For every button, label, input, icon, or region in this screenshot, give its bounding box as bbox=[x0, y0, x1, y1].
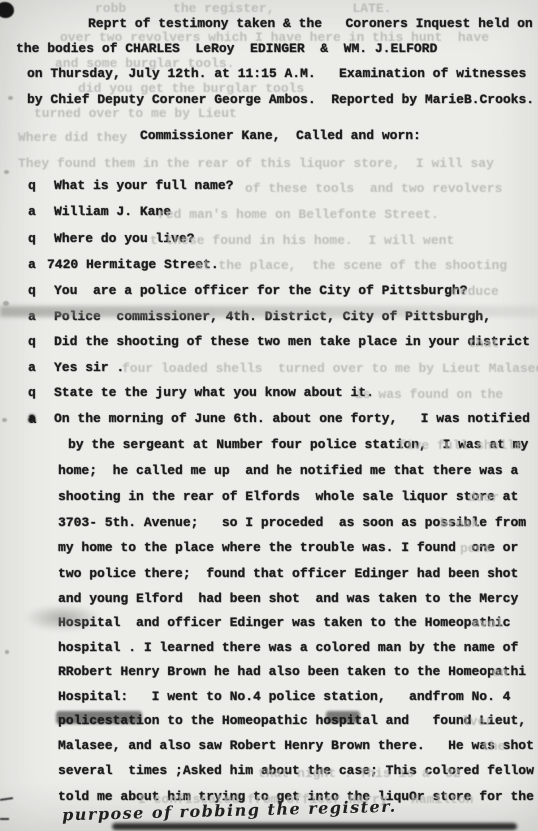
qa-marker: a bbox=[28, 360, 36, 376]
bleed-line: t these found in his home. I will went bbox=[150, 233, 454, 248]
bleed-line: four loaded shells turned over to me by … bbox=[122, 361, 538, 376]
qa-text: You are a police officer for the City of… bbox=[54, 283, 467, 299]
qa-marker: q bbox=[28, 334, 36, 350]
bleed-line: Where did they bbox=[18, 130, 127, 145]
bleed-line: door bbox=[468, 490, 499, 505]
testimony-line: Malasee, and also saw Robert Henry Brown… bbox=[58, 738, 534, 754]
bleed-line: of these tools and two revolvers bbox=[245, 181, 502, 196]
testimony-line: policestation to the Homeopathic hospita… bbox=[58, 713, 526, 729]
bleed-line: robb the register, LATE. bbox=[95, 1, 391, 16]
ink-blob-mark bbox=[0, 2, 14, 18]
qa-text: What is your full name? bbox=[54, 178, 233, 194]
bleed-line: is was found on the bbox=[355, 387, 503, 402]
bleed-line: turned over to me by Lieut bbox=[34, 106, 237, 121]
qa-marker: q bbox=[28, 385, 36, 401]
testimony-line: Hospital and officer Edinger was taken t… bbox=[58, 615, 510, 631]
handwritten-dash-mark bbox=[0, 797, 13, 801]
qa-text: Police commissioner, 4th. District, City… bbox=[54, 309, 491, 325]
witness-heading: Commissioner Kane, Called and worn: bbox=[140, 128, 421, 144]
qa-text: Did the shooting of these two men take p… bbox=[54, 334, 530, 350]
paper-speck bbox=[8, 96, 13, 100]
bleed-line: break bbox=[440, 516, 479, 531]
bleed-line: the bbox=[482, 739, 505, 754]
qa-marker: a bbox=[28, 411, 36, 427]
bleed-line: five full shells bbox=[398, 438, 523, 453]
qa-marker: q bbox=[28, 231, 36, 247]
bleed-line: that bbox=[468, 336, 499, 351]
bleed-line: evol bbox=[472, 616, 503, 631]
paper-speck bbox=[5, 650, 9, 654]
scanned-document-page: Reprt of testimony taken & the Coroners … bbox=[0, 0, 538, 831]
bleed-line: reduce bbox=[452, 284, 499, 299]
bleed-line: I confiscated from officer Harry Hamilto… bbox=[138, 792, 473, 807]
qa-marker: a bbox=[28, 309, 36, 325]
qa-marker: q bbox=[28, 283, 36, 299]
bleed-line: over two revolvers which I have here in … bbox=[60, 30, 489, 45]
testimony-line: hospital . I learned there was a colored… bbox=[58, 640, 518, 656]
handwritten-dash-mark bbox=[0, 818, 9, 820]
testimony-line: and young Elford had been shot and was t… bbox=[58, 591, 518, 607]
testimony-line: two police there; found that officer Edi… bbox=[58, 566, 518, 582]
struck-out-line-mark bbox=[112, 823, 517, 830]
qa-marker: a bbox=[28, 204, 36, 220]
testimony-line: RRobert Henry Brown he had also been tak… bbox=[58, 664, 526, 680]
qa-row: q Did the shooting of these two men take… bbox=[0, 334, 538, 352]
qa-row: a Police commissioner, 4th. District, Ci… bbox=[0, 309, 538, 327]
testimony-line: Hospital: I went to No.4 police station,… bbox=[58, 689, 510, 705]
bleed-line: and some burglar tools. bbox=[55, 56, 234, 71]
testimony-line: shooting in the rear of Elfords whole sa… bbox=[58, 489, 518, 505]
qa-marker: q bbox=[28, 178, 36, 194]
qa-text: State te the jury what you know about it… bbox=[54, 385, 374, 401]
bleed-line: pers bbox=[460, 541, 491, 556]
bleed-line: did you get the burglar tools bbox=[78, 81, 304, 96]
paper-speck bbox=[3, 301, 9, 306]
qa-row: a On the morning of June 6th. about one … bbox=[0, 411, 538, 429]
qa-text: William J. Kane bbox=[54, 204, 171, 220]
bleed-line: that night . This is a 32 bbox=[258, 766, 461, 781]
qa-text: Yes sir . bbox=[54, 360, 124, 376]
testimony-line: my home to the place where the trouble w… bbox=[58, 540, 518, 556]
bleed-line: lver bbox=[462, 714, 493, 729]
qa-text: On the morning of June 6th. about one fo… bbox=[54, 411, 530, 427]
paper-speck bbox=[4, 170, 9, 174]
bleed-line: en bbox=[492, 665, 508, 680]
qa-marker: a bbox=[28, 257, 36, 273]
bleed-line: at the place, the scene of the shooting bbox=[195, 258, 507, 273]
bleed-line: They found them in the rear of this liqu… bbox=[18, 156, 494, 171]
testimony-line: home; he called me up and he notified me… bbox=[58, 463, 518, 479]
bleed-line: red man's home on Bellefonte Street. bbox=[158, 207, 439, 222]
qa-text: 7420 Hermitage Street. bbox=[47, 257, 219, 273]
